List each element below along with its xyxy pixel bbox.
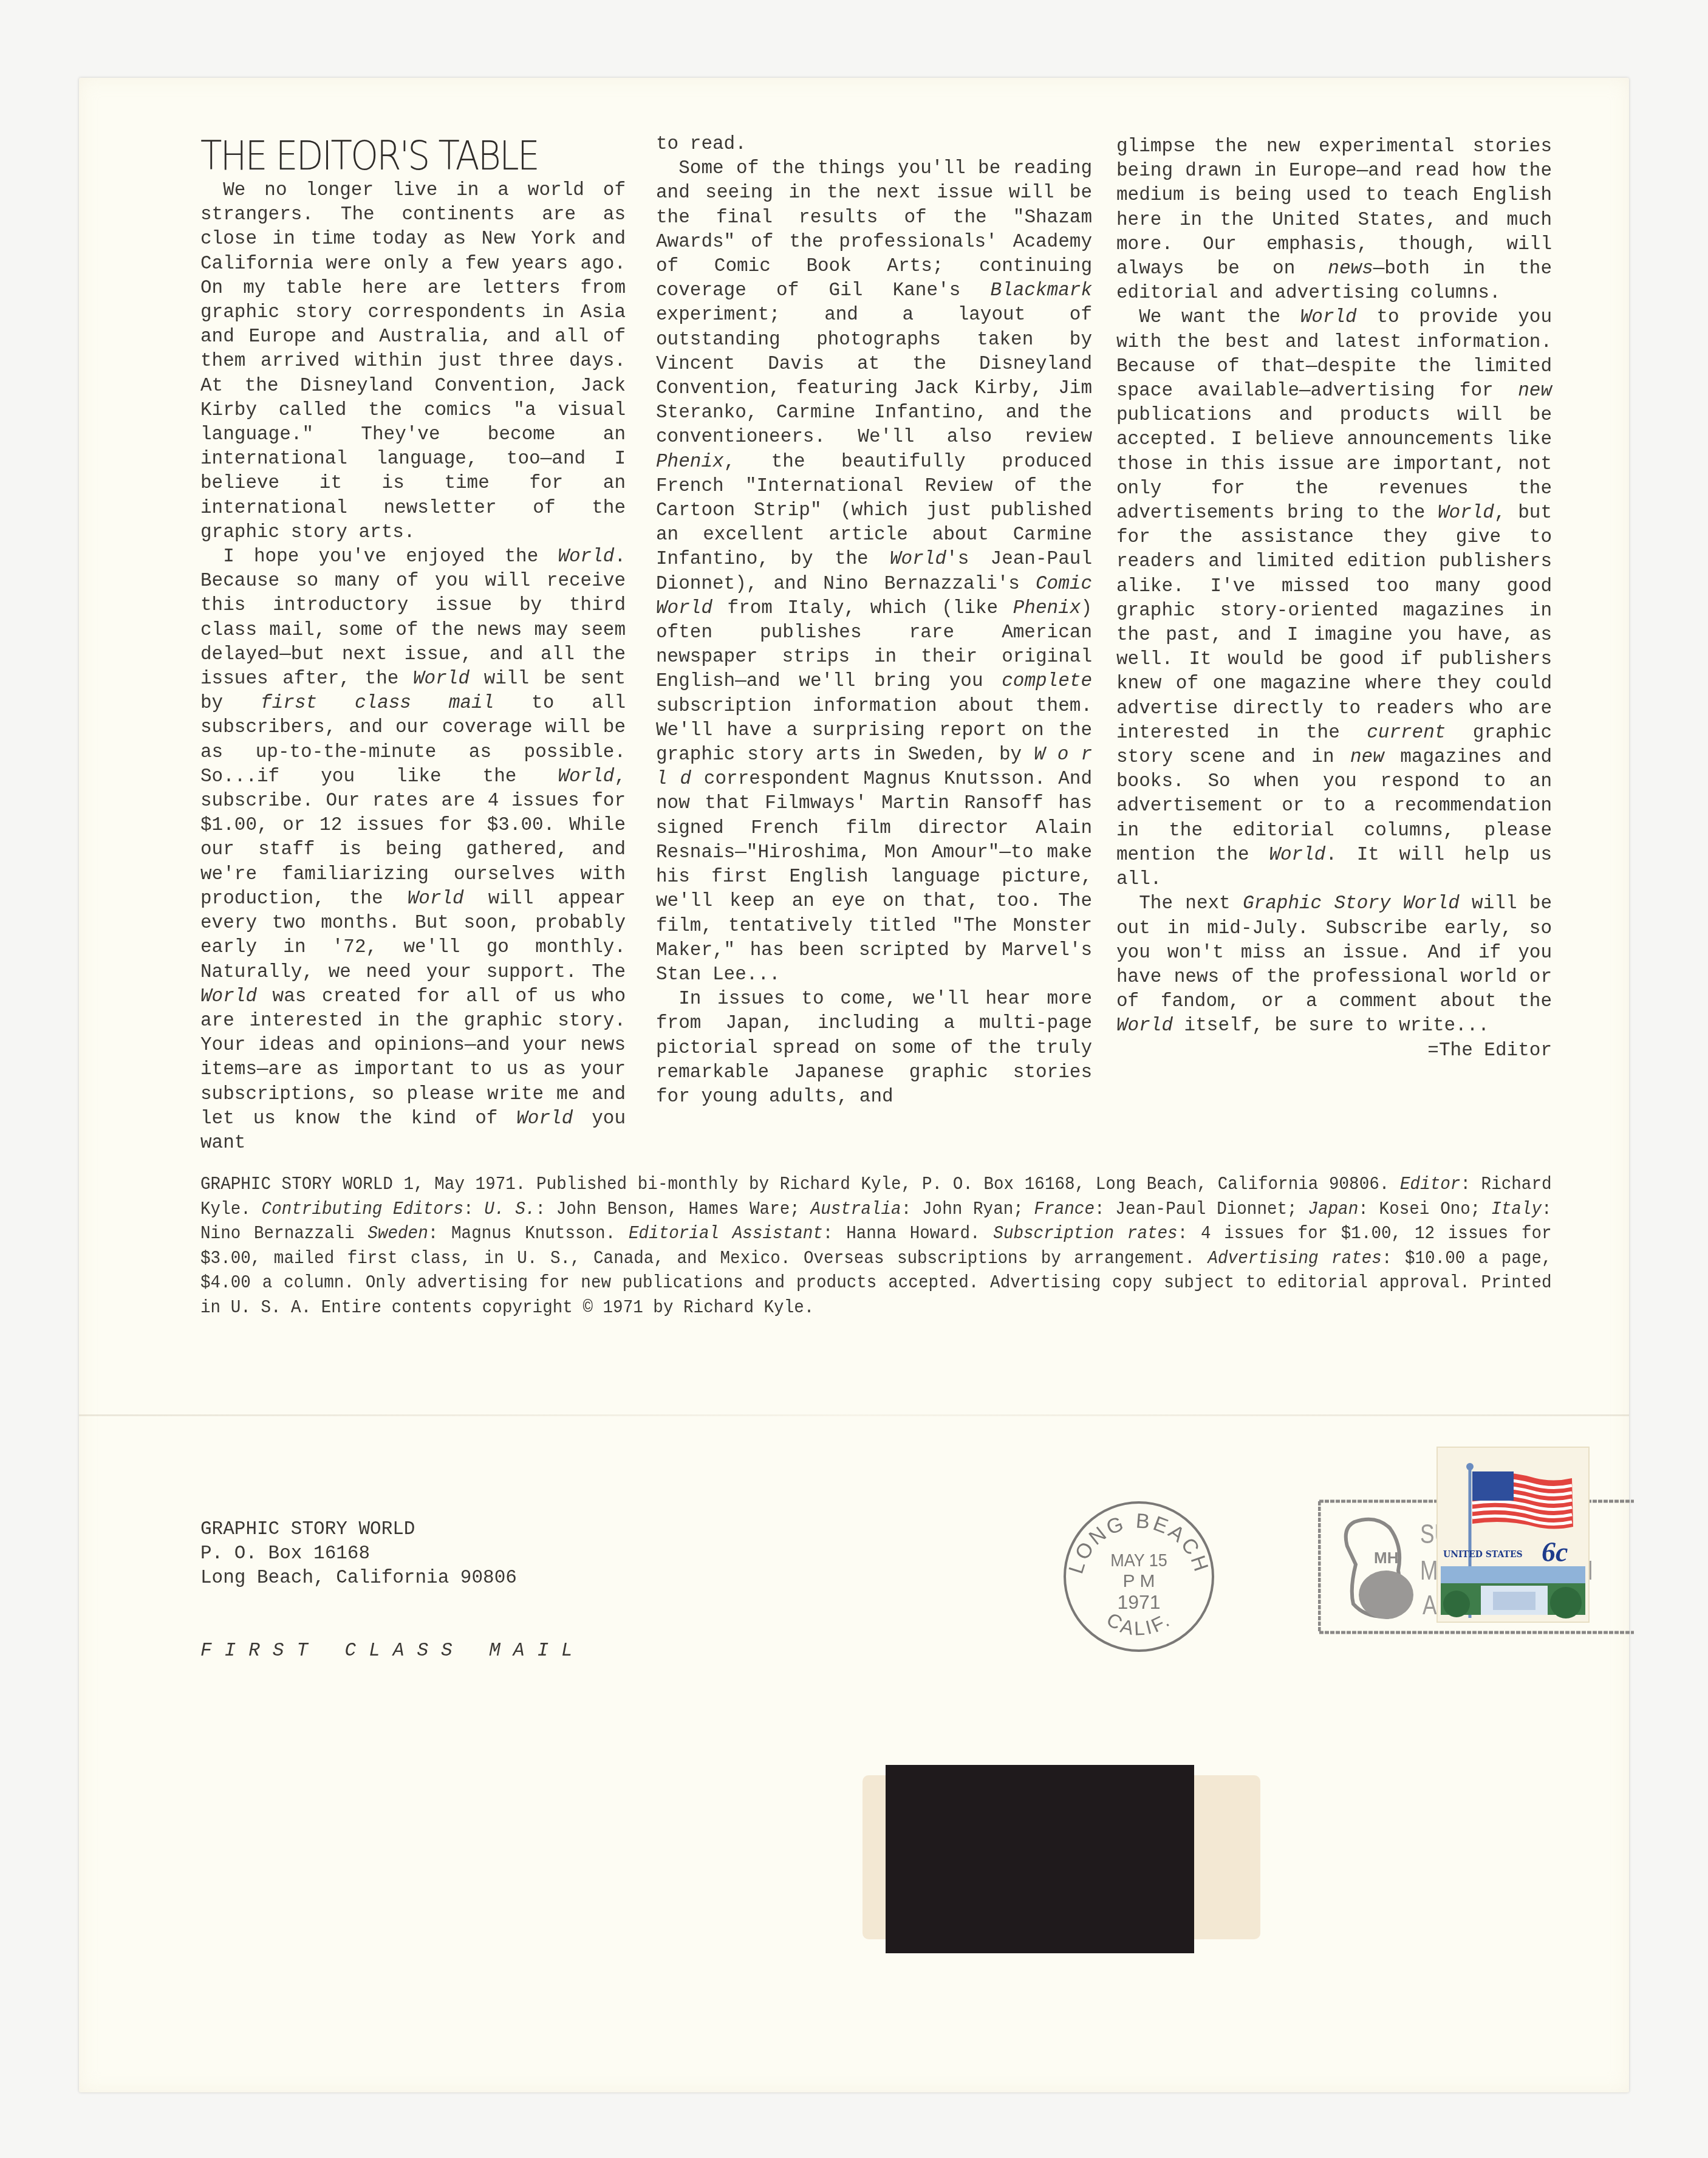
paragraph: We want the World to provide you with th… bbox=[1116, 306, 1552, 892]
editorial-column-2: to read. Some of the things you'll be re… bbox=[656, 132, 1092, 1109]
paragraph-continuation: glimpse the new experimental stories bei… bbox=[1116, 135, 1552, 306]
return-address: GRAPHIC STORY WORLDP. O. Box 16168Long B… bbox=[200, 1518, 517, 1591]
paragraph: The next Graphic Story World will be out… bbox=[1116, 892, 1552, 1038]
fold-crease bbox=[79, 1414, 1629, 1416]
editorial-column-3: glimpse the new experimental stories bei… bbox=[1116, 135, 1552, 1063]
svg-text:1971: 1971 bbox=[1117, 1591, 1160, 1613]
svg-text:6c: 6c bbox=[1542, 1536, 1568, 1567]
masthead-statement: GRAPHIC STORY WORLD 1, May 1971. Publish… bbox=[200, 1173, 1552, 1320]
liberty-bell-icon: MH bbox=[1346, 1519, 1413, 1619]
paragraph: In issues to come, we'll hear more from … bbox=[656, 987, 1092, 1109]
editorial-title: THE EDITOR'S TABLE bbox=[200, 135, 575, 177]
postmark-circle-icon: LONG BEACH CALIF. MAY 15 P M 1971 bbox=[1057, 1495, 1221, 1659]
redacted-recipient-label bbox=[886, 1765, 1194, 1953]
svg-text:MH: MH bbox=[1374, 1549, 1398, 1567]
paragraph-continuation: to read. bbox=[656, 132, 1092, 157]
first-class-mail-label: FIRST CLASS MAIL bbox=[200, 1640, 586, 1662]
paragraph: We no longer live in a world of stranger… bbox=[200, 179, 626, 545]
svg-text:P M: P M bbox=[1123, 1571, 1155, 1591]
editor-signature: =The Editor bbox=[1116, 1039, 1552, 1063]
postage-stamp-flag-icon: UNITED STATES 6c bbox=[1432, 1445, 1593, 1624]
paragraph: I hope you've enjoyed the World. Because… bbox=[200, 545, 626, 1156]
svg-text:UNITED STATES: UNITED STATES bbox=[1443, 1550, 1523, 1560]
editorial-column-1: THE EDITOR'S TABLE We no longer live in … bbox=[200, 135, 626, 1156]
svg-text:MAY 15: MAY 15 bbox=[1110, 1550, 1167, 1571]
paragraph: Some of the things you'll be reading and… bbox=[656, 157, 1092, 987]
